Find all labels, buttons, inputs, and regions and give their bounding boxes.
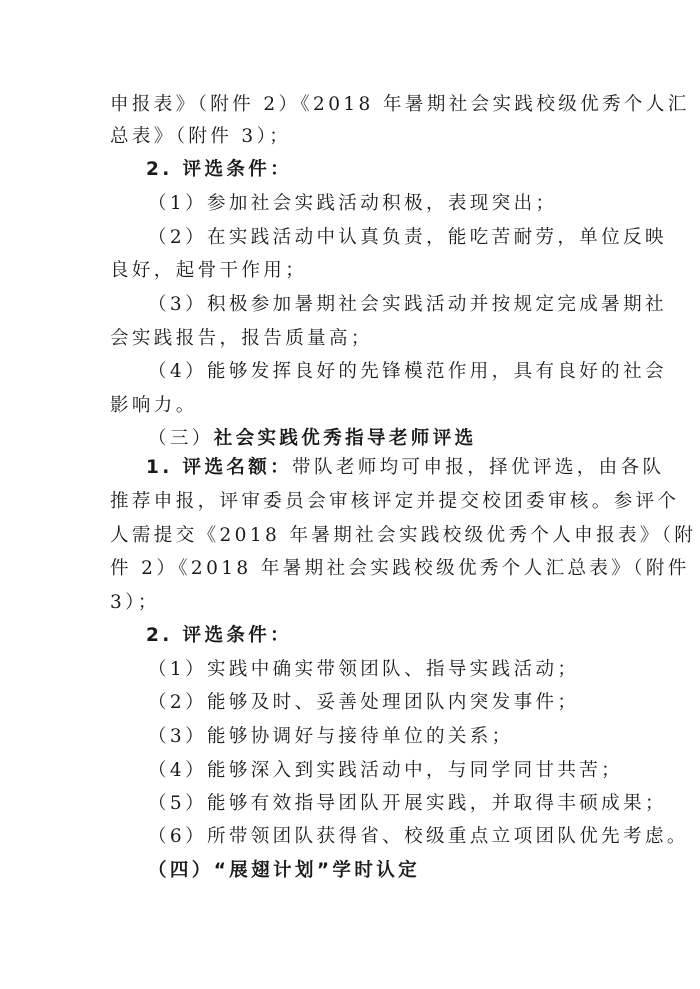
paragraph-line: 3）； [110, 592, 594, 614]
paragraph-line: 推荐申报，评审委员会审核评定并提交校团委审核。参评个 [110, 491, 594, 513]
subheading-selection-criteria: 2. 评选条件： [146, 625, 630, 647]
paragraph-text: 带队老师均可申报，择优评选，由各队 [292, 457, 664, 478]
paragraph-line: 件 2）《2018 年暑期社会实践校级优秀个人汇总表》（附件 [110, 558, 594, 580]
section-title: 社会实践优秀指导老师评选 [214, 428, 477, 449]
list-item: （2）在实践活动中认真负责，能吃苦耐劳，单位反映 [148, 227, 632, 249]
list-item: （6）所带领团队获得省、校级重点立项团队优先考虑。 [148, 826, 632, 848]
paragraph-line: 人需提交《2018 年暑期社会实践校级优秀个人申报表》（附 [110, 525, 594, 547]
list-item: （5）能够有效指导团队开展实践，并取得丰硕成果； [148, 793, 632, 815]
section-heading-3: （三）社会实践优秀指导老师评选 [148, 428, 632, 450]
list-item: （4）能够发挥良好的先锋模范作用，具有良好的社会 [148, 361, 632, 383]
list-item: （1）实践中确实带领团队、指导实践活动； [148, 659, 632, 681]
paragraph-line: 申报表》（附件 2）《2018 年暑期社会实践校级优秀个人汇 [110, 94, 594, 116]
list-item: （2）能够及时、妥善处理团队内突发事件； [148, 692, 632, 714]
subheading-quota: 1. 评选名额： [146, 457, 292, 478]
paragraph-line: 1. 评选名额：带队老师均可申报，择优评选，由各队 [146, 457, 630, 479]
subheading-selection-criteria: 2. 评选条件： [146, 159, 630, 181]
section-heading-4: （四）“展翅计划”学时认定 [148, 860, 632, 882]
list-item: （1）参加社会实践活动积极，表现突出； [148, 193, 632, 215]
paragraph-line: 影响力。 [110, 395, 594, 417]
section-number: （三） [148, 428, 214, 449]
document-page: 申报表》（附件 2）《2018 年暑期社会实践校级优秀个人汇 总表》（附件 3）… [0, 0, 700, 989]
paragraph-line: 良好，起骨干作用； [110, 260, 594, 282]
list-item: （4）能够深入到实践活动中，与同学同甘共苦； [148, 760, 632, 782]
list-item: （3）积极参加暑期社会实践活动并按规定完成暑期社 [148, 294, 632, 316]
list-item: （3）能够协调好与接待单位的关系； [148, 726, 632, 748]
paragraph-line: 总表》（附件 3）； [110, 126, 594, 148]
paragraph-line: 会实践报告，报告质量高； [110, 328, 594, 350]
